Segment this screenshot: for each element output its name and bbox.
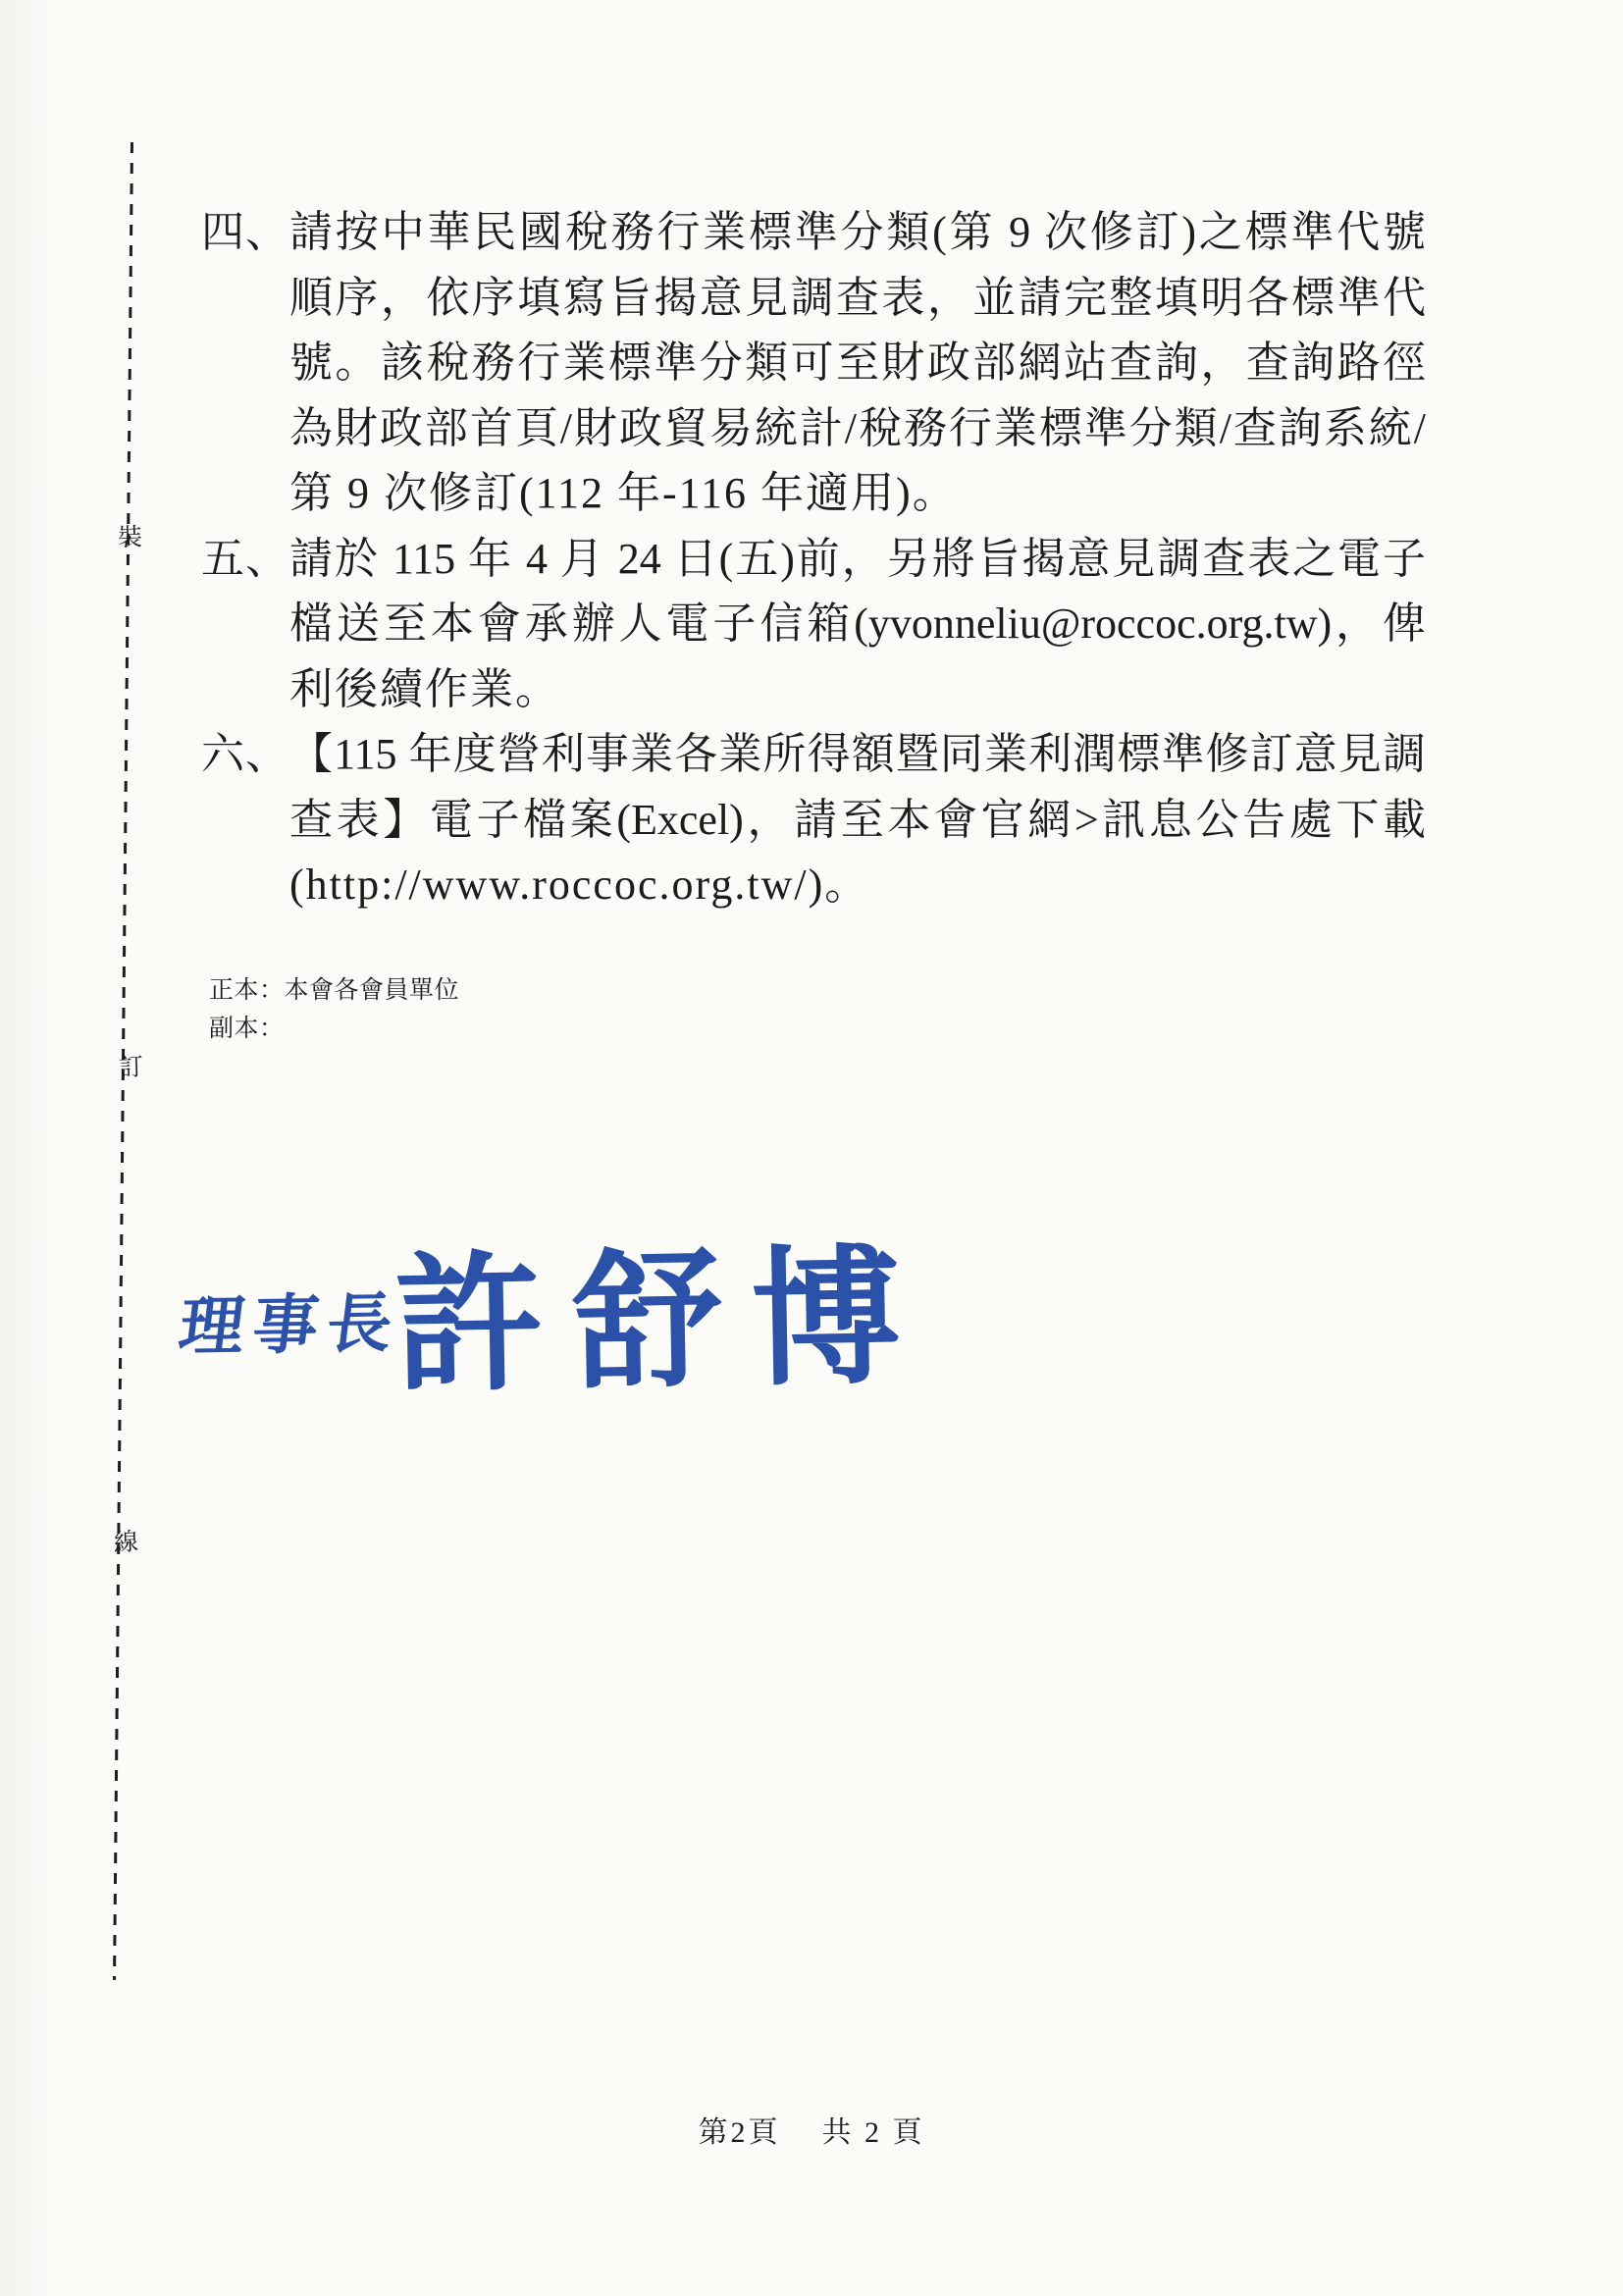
item-marker: 六、 [201,722,289,788]
scanned-document-page: 裝 訂 線 四、 請按中華民國稅務行業標準分類(第 9 次修訂)之標準代號 順序… [0,0,1623,2296]
copy-recipient-line: 副本： [209,1010,459,1048]
list-item-four: 四、 請按中華民國稅務行業標準分類(第 9 次修訂)之標準代號 順序，依序填寫旨… [201,200,1426,527]
original-value: 本會各會員單位 [285,977,460,1004]
text-line: 號。該稅務行業標準分類可至財政部網站查詢，查詢路徑 [289,331,1426,396]
text-line: 請於 115 年 4 月 24 日(五)前，另將旨揭意見調查表之電子 [289,527,1426,593]
body-text: 四、 請按中華民國稅務行業標準分類(第 9 次修訂)之標準代號 順序，依序填寫旨… [201,200,1426,918]
recipients-block: 正本：本會各會員單位 副本： [209,971,459,1048]
footer-page-number: 第2頁 [699,2116,781,2149]
binding-char-xian: 線 [114,1531,139,1556]
copy-label: 副本： [209,1016,285,1042]
footer-page-total: 共 2 頁 [822,2116,925,2149]
item-marker: 四、 [201,200,289,266]
list-item-five: 五、 請於 115 年 4 月 24 日(五)前，另將旨揭意見調查表之電子 檔送… [201,527,1426,723]
list-item-six: 六、 【115 年度營利事業各業所得額暨同業利潤標準修訂意見調 查表】電子檔案(… [201,722,1426,918]
text-line: 利後續作業。 [289,657,1426,723]
signature-name: 許舒博 [393,1229,931,1416]
signature-title: 理事長 [175,1285,405,1368]
page-footer: 第2頁共 2 頁 [0,2108,1623,2151]
text-line: 順序，依序填寫旨揭意見調查表，並請完整填明各標準代 [289,266,1426,332]
original-recipient-line: 正本：本會各會員單位 [209,971,459,1010]
text-line: 查表】電子檔案(Excel)，請至本會官網>訊息公告處下載 [289,788,1426,854]
text-line: 【115 年度營利事業各業所得額暨同業利潤標準修訂意見調 [289,722,1426,788]
text-line: (http://www.roccoc.org.tw/)。 [289,853,1426,918]
text-line: 檔送至本會承辦人電子信箱(yvonneliu@roccoc.org.tw)，俾 [289,592,1426,657]
text-line: 為財政部首頁/財政貿易統計/稅務行業標準分類/查詢系統/ [289,396,1426,462]
binding-char-zhuang: 裝 [118,526,143,551]
binding-char-ding: 訂 [119,1056,144,1081]
text-line: 請按中華民國稅務行業標準分類(第 9 次修訂)之標準代號 [289,200,1426,266]
text-line: 第 9 次修訂(112 年-116 年適用)。 [289,461,1426,527]
item-marker: 五、 [201,527,289,593]
original-label: 正本： [209,977,285,1004]
